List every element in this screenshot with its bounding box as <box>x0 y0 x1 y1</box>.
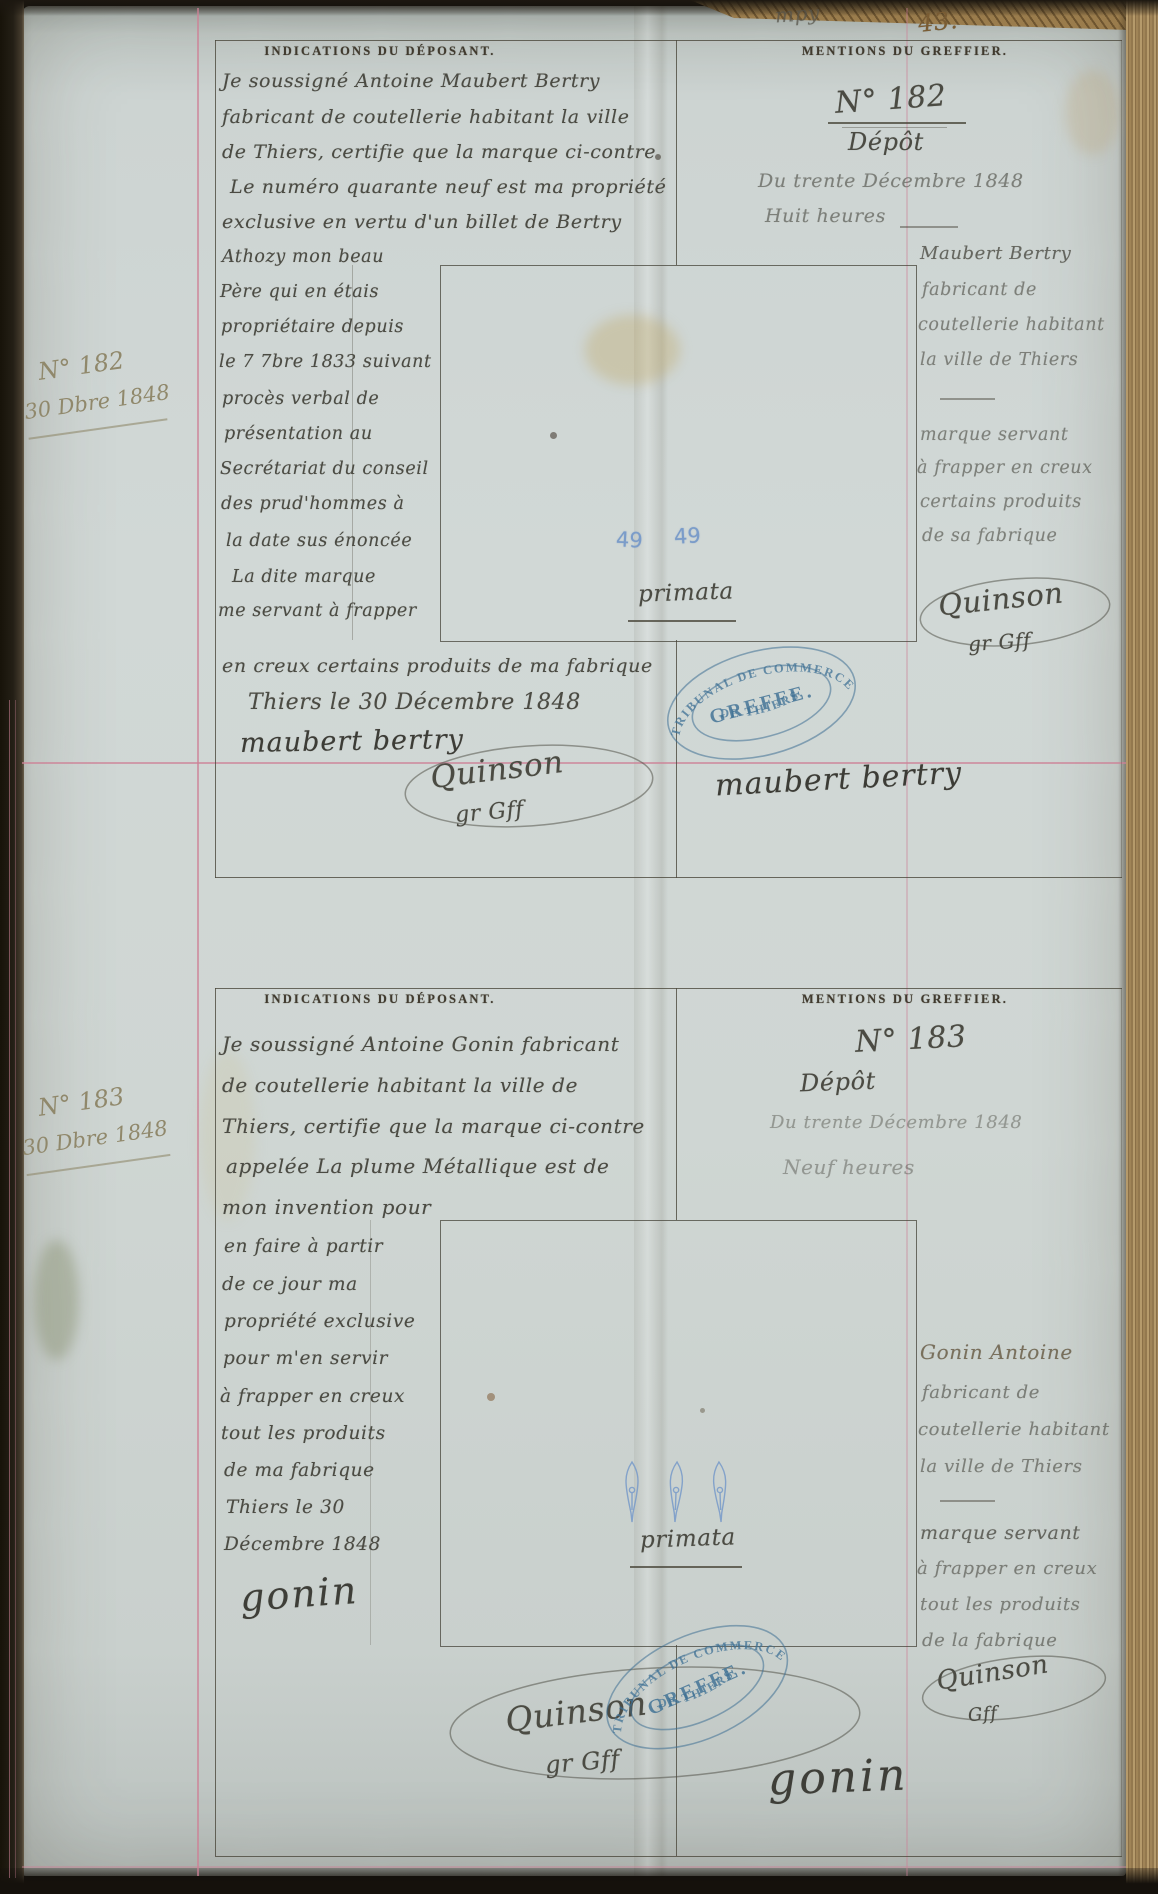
form2-depot-date: Du trente Décembre 1848 <box>770 1112 1022 1133</box>
ledger-scan-page: mpy 43. INDICATIONS DU DÉPOSANT. MENTION… <box>0 0 1158 1894</box>
form1-clerk-note: certains produits <box>920 492 1082 512</box>
form1-clerk-note: coutellerie habitant <box>918 315 1105 335</box>
form2-box-annotation: primata <box>640 1524 737 1553</box>
form2-border-left <box>215 988 216 1856</box>
pen-nib-icons <box>620 1460 760 1526</box>
form2-column-line: de ma fabrique <box>224 1460 375 1481</box>
book-fore-edge <box>1126 0 1158 1894</box>
form2-clerk-note: à frapper en creux <box>917 1558 1097 1579</box>
page-number: 43. <box>917 6 960 38</box>
form1-column-line: propriétaire depuis <box>221 317 404 337</box>
form1-closing-line: Thiers le 30 Décembre 1848 <box>248 690 581 715</box>
form2-depositor-signature: gonin <box>239 1568 360 1620</box>
form1-statement-line: Je soussigné Antoine Maubert Bertry <box>222 70 600 92</box>
form2-clerk-note: fabricant de <box>922 1382 1040 1403</box>
form2-column-line: à frapper en creux <box>220 1386 405 1407</box>
scan-top-edge <box>0 0 1158 16</box>
form1-time-dash <box>900 226 958 228</box>
form2-statement-line: mon invention pour <box>222 1195 431 1219</box>
form2-border-top <box>215 988 1122 989</box>
form2-clerk-note-dash <box>940 1500 995 1502</box>
form1-clerk-note: fabricant de <box>922 280 1037 300</box>
form1-box-annotation: primata <box>638 578 735 607</box>
form1-border-bottom <box>215 877 1122 878</box>
form2-column-line: pour m'en servir <box>223 1348 388 1369</box>
form1-statement-line: Le numéro quarante neuf est ma propriété <box>230 176 666 198</box>
form1-column-line: me servant à frapper <box>218 601 417 621</box>
form2-clerk-note: Gonin Antoine <box>920 1340 1073 1364</box>
form1-column-line: des prud'hommes à <box>221 494 404 514</box>
svg-text:TRIBUNAL DE COMMERCE: TRIBUNAL DE COMMERCE <box>657 641 860 741</box>
form1-closing-line: en creux certains produits de ma fabriqu… <box>222 655 653 677</box>
pen-nib-icon <box>626 1462 638 1522</box>
pink-rule-margin-2 <box>15 700 16 1878</box>
form2-statement-line: Je soussigné Antoine Gonin fabricant <box>222 1032 619 1056</box>
pink-rule-horizontal-bottom <box>22 1866 1126 1868</box>
form1-statement-line: de Thiers, certifie que la marque ci-con… <box>222 141 656 163</box>
form2-clerk-note: la ville de Thiers <box>920 1456 1083 1477</box>
pink-rule-margin-1 <box>9 700 10 1878</box>
form1-column-line: Secrétariat du conseil <box>220 459 429 479</box>
form2-statement-line: appelée La plume Métallique est de <box>226 1154 609 1178</box>
pencil-mark: mpy <box>774 0 820 27</box>
form1-clerk-note: à frapper en creux <box>917 458 1093 478</box>
form2-statement-line: de coutellerie habitant la ville de <box>222 1073 578 1097</box>
form1-entry-number-underline <box>828 122 966 124</box>
form2-border-bottom <box>215 1856 1122 1857</box>
form2-clerk-note: coutellerie habitant <box>918 1419 1110 1440</box>
form2-header-clerk: MENTIONS DU GREFFIER. <box>780 992 1030 1007</box>
pen-nib-icon <box>669 1462 683 1522</box>
form1-statement-line: fabricant de coutellerie habitant la vil… <box>222 106 630 128</box>
form2-clerk-note: marque servant <box>920 1522 1081 1544</box>
pink-rule-vertical-left <box>197 8 199 1876</box>
form2-column-line: tout les produits <box>221 1423 386 1444</box>
form2-column-line: en faire à partir <box>224 1236 383 1257</box>
form2-specimen-box <box>440 1220 917 1647</box>
form1-box-annotation-underline <box>628 620 736 622</box>
form1-clerk-note: Maubert Bertry <box>920 243 1071 264</box>
form2-header-depositor: INDICATIONS DU DÉPOSANT. <box>230 992 530 1007</box>
form1-column-line: présentation au <box>224 424 373 444</box>
form1-depot-time: Huit heures <box>765 205 886 227</box>
book-binding-edge <box>0 0 24 1894</box>
form2-depot-label: Dépôt <box>800 1067 877 1098</box>
form2-clerk-note: tout les produits <box>920 1594 1081 1615</box>
form2-column-line: de ce jour ma <box>222 1274 358 1295</box>
form1-clerk-note: de sa fabrique <box>922 526 1057 546</box>
form2-column-line: Décembre 1848 <box>224 1534 381 1555</box>
pen-nib-icon <box>713 1462 727 1522</box>
form1-border-top <box>215 40 1122 41</box>
form1-column-line: le 7 7bre 1833 suivant <box>219 352 432 372</box>
form1-depot-label: Dépôt <box>848 128 924 156</box>
form2-box-annotation-underline <box>630 1566 742 1568</box>
form2-depot-time: Neuf heures <box>783 1155 915 1179</box>
form1-clerk-note-dash <box>940 398 995 400</box>
form1-clerk-note: marque servant <box>920 425 1069 445</box>
form1-depot-date: Du trente Décembre 1848 <box>758 170 1024 192</box>
paper-stain <box>1065 70 1120 155</box>
form1-border-right <box>1121 40 1122 878</box>
form1-column-line: La dite marque <box>232 567 376 587</box>
form2-countersignature: gonin <box>767 1750 909 1806</box>
form2-column-divider-upper <box>676 988 677 1220</box>
form1-column-divider-upper <box>676 40 677 265</box>
form1-column-line: Athozy mon beau <box>222 247 384 267</box>
form1-column-line: la date sus énoncée <box>226 531 412 551</box>
form1-column-line: Père qui en étais <box>220 282 379 302</box>
form1-border-left <box>215 40 216 878</box>
form2-entry-number: N° 183 <box>854 1019 967 1060</box>
scan-bottom-edge <box>0 1868 1158 1894</box>
paper-stain <box>34 1240 79 1360</box>
form1-clerk-note: la ville de Thiers <box>920 350 1078 370</box>
form2-column-line: propriété exclusive <box>224 1311 415 1332</box>
form2-clerk-note: de la fabrique <box>922 1630 1058 1651</box>
form2-clerk-right-signature-title: Gff <box>967 1703 998 1726</box>
form2-statement-line: Thiers, certifie que la marque ci-contre <box>222 1114 645 1138</box>
form1-statement-line: exclusive en vertu d'un billet de Bertry <box>222 211 622 233</box>
form1-column-line: procès verbal de <box>222 389 379 409</box>
form1-clerk-right-signature-title: gr Gff <box>967 628 1032 656</box>
form1-header-depositor: INDICATIONS DU DÉPOSANT. <box>230 44 530 59</box>
form2-column-line: Thiers le 30 <box>226 1497 345 1518</box>
form2-border-right <box>1121 988 1122 1856</box>
form1-header-clerk: MENTIONS DU GREFFIER. <box>780 44 1030 59</box>
form1-stamped-number: 49 <box>673 523 701 548</box>
form1-stamped-number: 49 <box>615 527 643 552</box>
stamp-arc-top: TRIBUNAL DE COMMERCE <box>657 641 860 741</box>
